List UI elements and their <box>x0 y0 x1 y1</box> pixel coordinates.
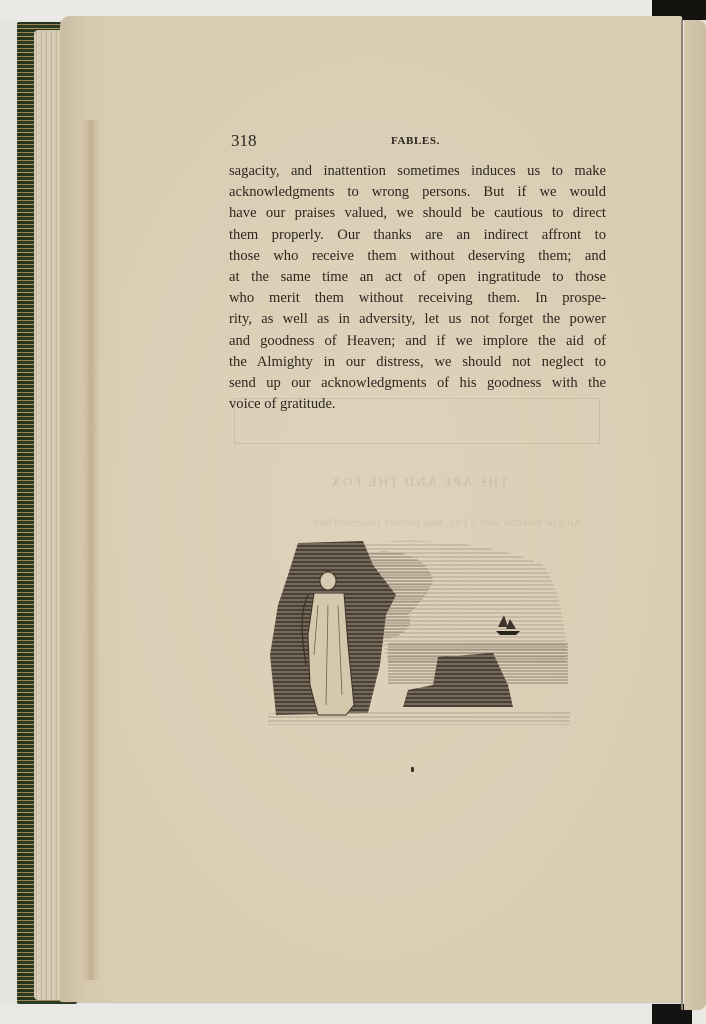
text-line: who merit them without receiving them. I… <box>229 288 606 309</box>
text-line: rity, as well as in adversity, let us no… <box>229 309 606 330</box>
bleed-through-title: THE APE AND THE FOX. <box>234 474 598 490</box>
bleed-through-line: An Ape meeting with a Fox, thus humbly r… <box>232 515 582 527</box>
water-stain <box>82 120 100 980</box>
scan-background-bottom <box>0 1004 706 1024</box>
text-line: send up our acknowledgments of his goodn… <box>229 373 606 394</box>
running-title: FABLES. <box>391 135 440 147</box>
ink-speck <box>411 767 414 772</box>
text-line: those who receive them without deserving… <box>229 246 606 267</box>
tailpiece-engraving <box>268 535 570 727</box>
page-header: 318 FABLES. <box>231 131 607 151</box>
text-line: voice of gratitude. <box>229 394 606 415</box>
text-line: sagacity, and inattention sometimes indu… <box>229 161 606 182</box>
text-line: have our praises valued, we should be ca… <box>229 203 606 224</box>
facing-page-edge <box>684 20 706 1010</box>
shore <box>268 711 570 725</box>
page-gutter-line <box>681 20 683 1010</box>
text-line: them properly. Our thanks are an indirec… <box>229 225 606 246</box>
body-text: sagacity, and inattention sometimes indu… <box>229 161 606 415</box>
text-line: and goodness of Heaven; and if we implor… <box>229 331 606 352</box>
text-line: the Almighty in our distress, we should … <box>229 352 606 373</box>
text-line: at the same time an act of open ingratit… <box>229 267 606 288</box>
page-number: 318 <box>231 131 257 151</box>
text-line: acknowledgments to wrong persons. But if… <box>229 182 606 203</box>
